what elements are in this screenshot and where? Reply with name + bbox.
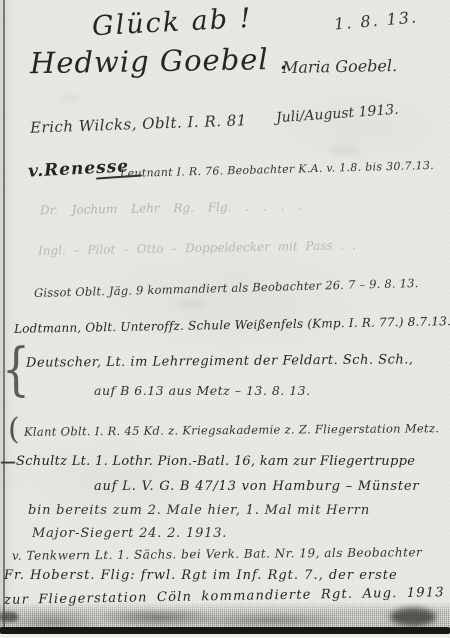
entry-wilcks: Erich Wilcks, Oblt. I. R. 81	[30, 112, 247, 136]
entry-gissot: Gissot Oblt. Jäg. 9 kommandiert als Beob…	[34, 277, 419, 300]
scan-shadow-band	[0, 602, 450, 628]
entry-schultz-line4: Major-Siegert 24. 2. 1913.	[32, 527, 227, 541]
entry-hoberst-line1: Fr. Hoberst. Flig: frwl. Rgt im Inf. Rgt…	[4, 569, 398, 583]
paper-smudge	[60, 95, 80, 102]
margin-paren: (	[8, 412, 20, 447]
paper-smudge	[330, 145, 360, 155]
margin-dash: —	[0, 452, 16, 471]
scan-black-bar	[0, 627, 450, 634]
entry-deutscher-line1: Deutscher, Lt. im Lehrregiment der Felda…	[26, 353, 414, 371]
scan-left-blob	[0, 612, 18, 622]
entry-schultz-line2: auf L. V. G. B 47/13 von Hamburg – Münst…	[94, 480, 419, 494]
entry-schultz-line3: bin bereits zum 2. Male hier, 1. Mal mit…	[28, 504, 370, 518]
scan-dark-blob	[390, 608, 436, 626]
scan-edge-line	[3, 0, 5, 638]
entry-pencil-doppeldecker: Ingl. – Pilot – Otto – Doppeldecker mit …	[38, 239, 356, 258]
entry-pencil-jochum: Dr. Jochum Lehr Rg. Flg. . . . .	[40, 200, 302, 218]
entry-lodtmann: Lodtmann, Oblt. Unteroffz. Schule Weißen…	[14, 315, 450, 336]
entry-renesse-detail: Leutnant I. R. 76. Beobachter K.A. v. 1.…	[120, 160, 434, 180]
entry-wilcks-date: Juli/August 1913.	[276, 103, 400, 127]
entry-deutscher-line2: auf B 6.13 aus Metz – 13. 8. 13.	[94, 384, 311, 398]
signature-maria-goebel: Maria Goebel.	[282, 57, 397, 77]
greeting-text: Glück ab !	[91, 4, 253, 42]
entry-tenkwern: v. Tenkwern Lt. 1. Sächs. bei Verk. Bat.…	[12, 546, 422, 563]
paper-smudge	[180, 300, 204, 308]
header-date: 1. 8. 13.	[333, 8, 418, 33]
entry-schultz-line1: Schultz Lt. 1. Lothr. Pion.-Batl. 16, ka…	[16, 455, 415, 469]
scan-bottom-strip	[0, 634, 450, 638]
entry-klant: Klant Oblt. I. R. 45 Kd. z. Kriegsakadem…	[24, 422, 439, 438]
signature-hedwig-goebel: Hedwig Goebel .	[30, 44, 290, 80]
scanned-handwritten-page: Glück ab ! 1. 8. 13. Hedwig Goebel . Mar…	[0, 0, 450, 638]
